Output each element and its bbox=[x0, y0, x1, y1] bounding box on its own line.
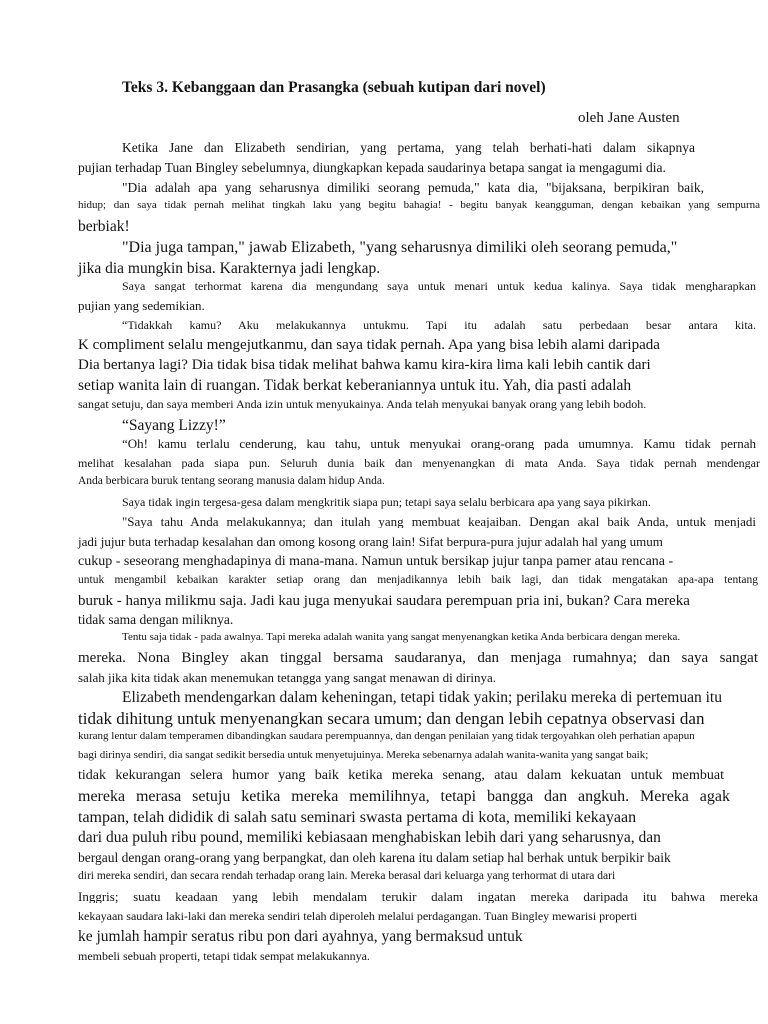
text-line: kekayaan saudara laki-laki dan mereka se… bbox=[78, 910, 637, 922]
document-author: oleh Jane Austen bbox=[578, 111, 680, 126]
text-line: mereka. Nona Bingley akan tinggal bersam… bbox=[78, 651, 758, 666]
text-line: jika dia mungkin bisa. Karakternya jadi … bbox=[78, 261, 380, 277]
text-line: Ketika Jane dan Elizabeth sendirian, yan… bbox=[122, 141, 695, 155]
document-title: Teks 3. Kebanggaan dan Prasangka (sebuah… bbox=[122, 80, 546, 96]
text-line: setiap wanita lain di ruangan. Tidak ber… bbox=[78, 378, 631, 394]
text-line: buruk - hanya milikmu saja. Jadi kau jug… bbox=[78, 594, 690, 609]
text-line: hidup; dan saya tidak pernah melihat tin… bbox=[78, 200, 760, 211]
text-line: “Sayang Lizzy!” bbox=[122, 418, 226, 434]
document-page: Teks 3. Kebanggaan dan Prasangka (sebuah… bbox=[0, 0, 768, 1024]
text-line: membeli sebuah properti, tetapi tidak se… bbox=[78, 950, 370, 962]
text-line: melihat kesalahan pada siapa pun. Seluru… bbox=[78, 457, 760, 469]
text-line: untuk mengambil kebaikan karakter setiap… bbox=[78, 575, 758, 587]
text-line: diri mereka sendiri, dan secara rendah t… bbox=[78, 871, 615, 883]
text-line: bagi dirinya sendiri, dia sangat sedikit… bbox=[78, 750, 648, 761]
text-line: tidak kekurangan selera humor yang baik … bbox=[78, 769, 724, 783]
text-line: mereka merasa setuju ketika mereka memil… bbox=[78, 789, 730, 805]
text-line: Dia bertanya lagi? Dia tidak bisa tidak … bbox=[78, 358, 651, 373]
text-line: tampan, telah dididik di salah satu semi… bbox=[78, 810, 636, 826]
text-line: Elizabeth mendengarkan dalam keheningan,… bbox=[122, 690, 722, 706]
text-line: berbiak! bbox=[78, 219, 130, 235]
text-line: Inggris; suatu keadaan yang lebih mendal… bbox=[78, 890, 758, 903]
text-line: tidak sama dengan miliknya. bbox=[78, 613, 233, 627]
text-line: Saya sangat terhormat karena dia mengund… bbox=[122, 280, 756, 292]
text-line: salah jika kita tidak akan menemukan tet… bbox=[78, 671, 496, 684]
text-line: Saya tidak ingin tergesa-gesa dalam meng… bbox=[122, 496, 651, 508]
text-line: cukup - seseorang menghadapinya di mana-… bbox=[78, 555, 673, 569]
text-line: ke jumlah hampir seratus ribu pon dari a… bbox=[78, 929, 523, 945]
text-line: “Tidakkah kamu? Aku melakukannya untukmu… bbox=[122, 319, 756, 331]
text-line: sangat setuju, dan saya memberi Anda izi… bbox=[78, 398, 646, 410]
text-line: pujian terhadap Tuan Bingley sebelumnya,… bbox=[78, 161, 666, 175]
text-line: Tentu saja tidak - pada awalnya. Tapi me… bbox=[122, 632, 680, 643]
text-line: "Saya tahu Anda melakukannya; dan itulah… bbox=[122, 515, 756, 528]
text-line: dari dua puluh ribu pound, memiliki kebi… bbox=[78, 830, 661, 846]
text-line: jadi jujur buta terhadap kesalahan dan o… bbox=[78, 535, 663, 548]
text-line: "Dia adalah apa yang seharusnya dimiliki… bbox=[122, 181, 704, 195]
text-line: K compliment selalu mengejutkanmu, dan s… bbox=[78, 338, 660, 353]
text-line: bergaul dengan orang-orang yang berpangk… bbox=[78, 851, 671, 865]
text-line: “Oh! kamu terlalu cenderung, kau tahu, u… bbox=[122, 437, 756, 450]
text-line: tidak dihitung untuk menyenangkan secara… bbox=[78, 710, 704, 727]
text-line: kurang lentur dalam temperamen dibanding… bbox=[78, 731, 695, 742]
text-line: Anda berbicara buruk tentang seorang man… bbox=[78, 476, 385, 488]
text-line: "Dia juga tampan," jawab Elizabeth, "yan… bbox=[122, 240, 677, 256]
text-line: pujian yang sedemikian. bbox=[78, 299, 205, 312]
